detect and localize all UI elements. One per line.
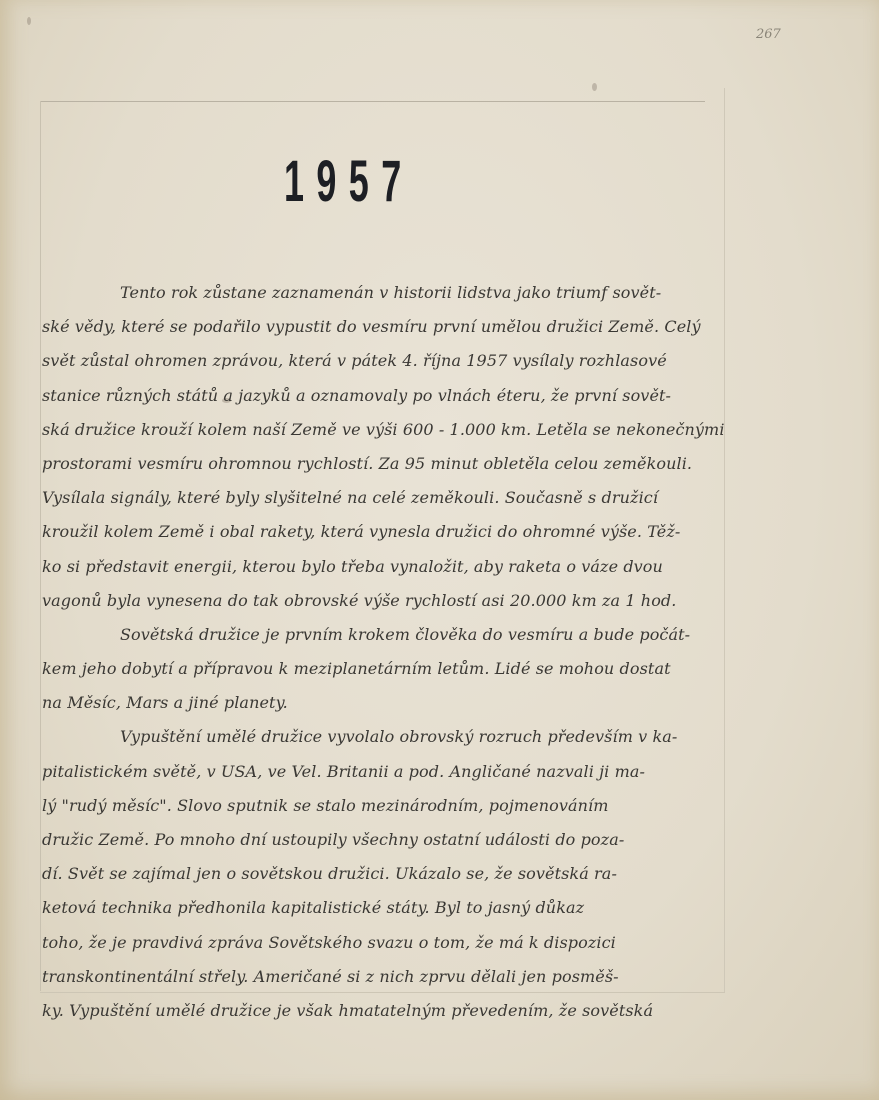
text-line: ko si představit energii, kterou bylo tř… [42, 550, 732, 584]
ink-spot [27, 17, 31, 25]
text-line: prostorami vesmíru ohromnou rychlostí. Z… [42, 447, 732, 481]
text-line: lý "rudý měsíc". Slovo sputnik se stalo … [42, 789, 732, 823]
text-line: ské vědy, které se podařilo vypustit do … [42, 310, 732, 344]
text-line: kem jeho dobytí a přípravou k meziplanet… [42, 652, 732, 686]
text-line: na Měsíc, Mars a jiné planety. [42, 686, 732, 720]
text-line: družic Země. Po mnoho dní ustoupily všec… [42, 823, 732, 857]
text-line: pitalistickém světě, v USA, ve Vel. Brit… [42, 755, 732, 789]
text-line: svět zůstal ohromen zprávou, která v pát… [42, 344, 732, 378]
paragraph-3: Vypuštění umělé družice vyvolalo obrovsk… [42, 720, 732, 1028]
handwritten-chronicle-text: Tento rok zůstane zaznamenán v historii … [42, 276, 732, 1028]
text-line: toho, že je pravdivá zpráva Sovětského s… [42, 926, 732, 960]
text-line: ská družice krouží kolem naší Země ve vý… [42, 413, 732, 447]
notebook-page: 267 1957 Tento rok zůstane zaznamenán v … [0, 0, 879, 1100]
text-line: dí. Svět se zajímal jen o sovětskou druž… [42, 857, 732, 891]
frame-rule-top [40, 101, 705, 102]
text-line: Vypuštění umělé družice vyvolalo obrovsk… [42, 720, 732, 754]
text-line: stanice různých států a jazyků a oznamov… [42, 379, 732, 413]
page-number: 267 [756, 27, 781, 42]
text-line: Tento rok zůstane zaznamenán v historii … [42, 276, 732, 310]
text-line: transkontinentální střely. Američané si … [42, 960, 732, 994]
text-line: Sovětská družice je prvním krokem člověk… [42, 618, 732, 652]
text-line: kroužil kolem Země i obal rakety, která … [42, 515, 732, 549]
text-line: ky. Vypuštění umělé družice je však hmat… [42, 994, 732, 1028]
text-line: Vysílala signály, které byly slyšitelné … [42, 481, 732, 515]
paragraph-2: Sovětská družice je prvním krokem člověk… [42, 618, 732, 721]
paragraph-1: Tento rok zůstane zaznamenán v historii … [42, 276, 732, 618]
frame-rule-left [40, 101, 41, 991]
text-line: ketová technika předhonila kapitalistick… [42, 891, 732, 925]
text-line: vagonů byla vynesena do tak obrovské výš… [42, 584, 732, 618]
ink-spot [592, 83, 597, 91]
year-heading: 1957 [284, 148, 414, 215]
